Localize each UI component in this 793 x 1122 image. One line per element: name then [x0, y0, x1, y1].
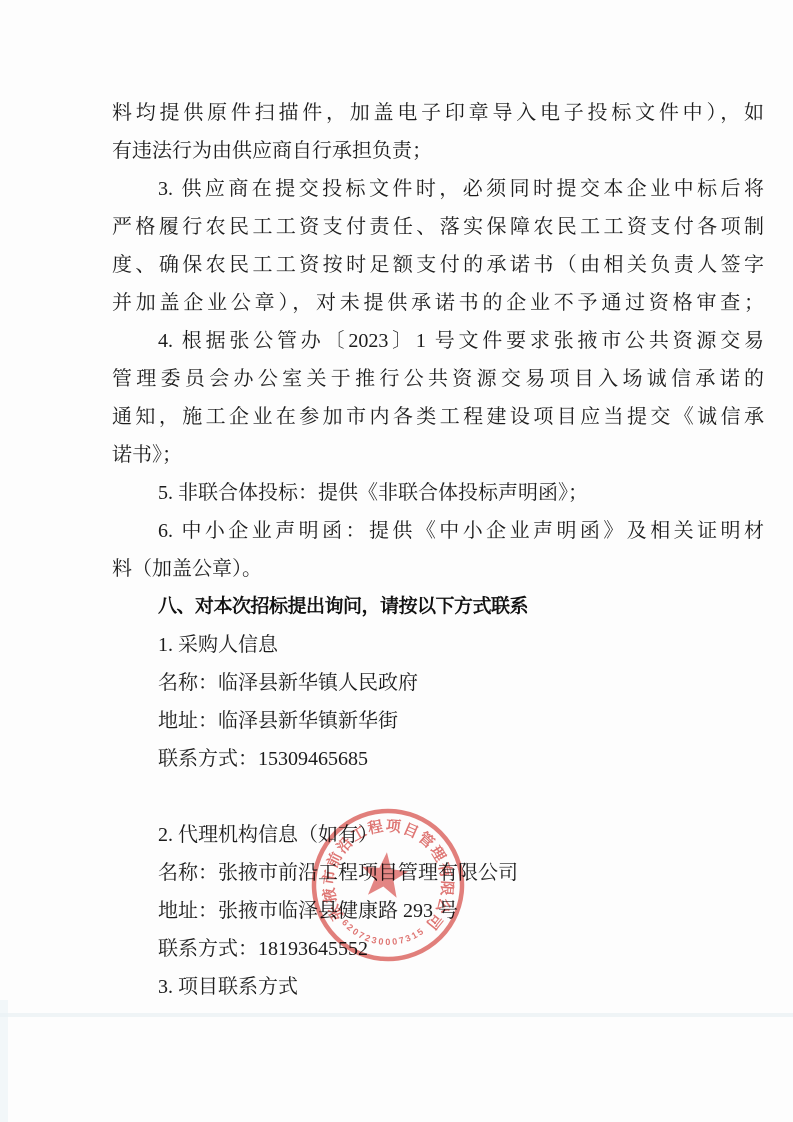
body-line: 料（加盖公章）。: [112, 550, 764, 588]
section-heading-contact: 八、对本次招标提出询问，请按以下方式联系: [112, 588, 764, 626]
project-contact-heading: 3. 项目联系方式: [112, 968, 764, 1006]
body-line: 管理委员会办公室关于推行公共资源交易项目入场诚信承诺的: [112, 360, 764, 398]
body-line: 并加盖企业公章），对未提供承诺书的企业不予通过资格审查；: [112, 284, 764, 322]
purchaser-phone: 联系方式：15309465685: [112, 740, 764, 778]
body-line: 有违法行为由供应商自行承担负责；: [112, 132, 764, 170]
purchaser-address: 地址：临泽县新华镇新华街: [112, 702, 764, 740]
body-line-item-6: 6. 中小企业声明函：提供《中小企业声明函》及相关证明材: [112, 512, 764, 550]
document-page: 料均提供原件扫描件，加盖电子印章导入电子投标文件中），如 有违法行为由供应商自行…: [0, 0, 793, 1122]
scan-artifact-edge: [0, 1000, 8, 1122]
body-line: 料均提供原件扫描件，加盖电子印章导入电子投标文件中），如: [112, 94, 764, 132]
body-line-item-5: 5. 非联合体投标：提供《非联合体投标声明函》；: [112, 474, 764, 512]
body-line: 通知，施工企业在参加市内各类工程建设项目应当提交《诚信承: [112, 398, 764, 436]
scan-artifact-band: [0, 1013, 793, 1017]
purchaser-name: 名称：临泽县新华镇人民政府: [112, 664, 764, 702]
body-line: 度、确保农民工工资按时足额支付的承诺书（由相关负责人签字: [112, 246, 764, 284]
star-icon: [359, 850, 410, 899]
body-line-item-3: 3. 供应商在提交投标文件时，必须同时提交本企业中标后将: [112, 170, 764, 208]
seal-registration-number: 6207230007315: [338, 917, 428, 951]
body-line: 诺书》；: [112, 436, 764, 474]
purchaser-info-heading: 1. 采购人信息: [112, 626, 764, 664]
body-line: 严格履行农民工工资支付责任、落实保障农民工工资支付各项制: [112, 208, 764, 246]
body-line-item-4: 4. 根据张公管办〔2023〕1 号文件要求张掖市公共资源交易: [112, 322, 764, 360]
company-seal: 张掖市前沿工程项目管理有限公司 6207230007315: [306, 803, 470, 967]
